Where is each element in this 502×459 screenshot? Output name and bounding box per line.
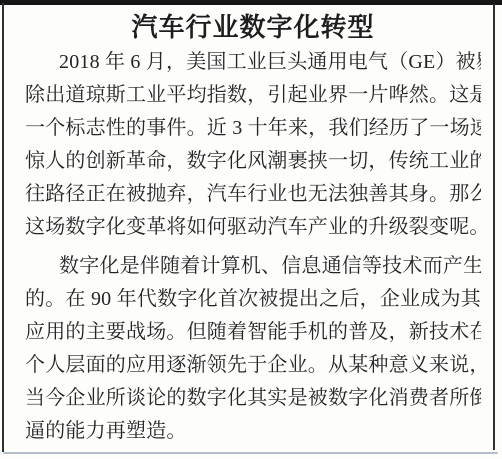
- scan-bottom-edge-line: [3, 452, 498, 454]
- document-page: 汽车行业数字化转型 2018 年 6 月，美国工业巨头通用电气（GE）被剔 除出…: [0, 0, 502, 459]
- text-line: 往路径正在被抛弃，汽车行业也无法独善其身。那么: [25, 178, 481, 211]
- scan-top-edge-bar: [0, 0, 502, 5]
- text-line: 一个标志性的事件。近 3 十年来，我们经历了一场速度: [25, 112, 481, 145]
- text-line: 逼的能力再塑造。: [25, 415, 481, 448]
- article-body: 2018 年 6 月，美国工业巨头通用电气（GE）被剔 除出道琼斯工业平均指数，…: [25, 46, 481, 448]
- paragraph: 数字化是伴随着计算机、信息通信等技术而产生 的。在 90 年代数字化首次被提出之…: [25, 250, 481, 448]
- text-line: 这场数字化变革将如何驱动汽车产业的升级裂变呢。: [25, 211, 481, 244]
- text-line: 应用的主要战场。但随着智能手机的普及，新技术在: [25, 316, 481, 349]
- article-title: 汽车行业数字化转型: [25, 8, 481, 46]
- text-line: 数字化是伴随着计算机、信息通信等技术而产生: [25, 250, 481, 283]
- text-line: 的。在 90 年代数字化首次被提出之后，企业成为其: [25, 283, 481, 316]
- text-line: 2018 年 6 月，美国工业巨头通用电气（GE）被剔: [25, 46, 481, 79]
- text-line: 惊人的创新革命，数字化风潮裹挟一切，传统工业的既: [25, 145, 481, 178]
- scan-left-edge-rule: [2, 3, 4, 452]
- article-content: 汽车行业数字化转型 2018 年 6 月，美国工业巨头通用电气（GE）被剔 除出…: [25, 8, 481, 448]
- scan-right-edge-rule: [493, 4, 495, 450]
- text-line: 个人层面的应用逐渐领先于企业。从某种意义来说，: [25, 349, 481, 382]
- text-line: 除出道琼斯工业平均指数，引起业界一片哗然。这是: [25, 79, 481, 112]
- paragraph: 2018 年 6 月，美国工业巨头通用电气（GE）被剔 除出道琼斯工业平均指数，…: [25, 46, 481, 244]
- text-line: 当今企业所谈论的数字化其实是被数字化消费者所倒: [25, 382, 481, 415]
